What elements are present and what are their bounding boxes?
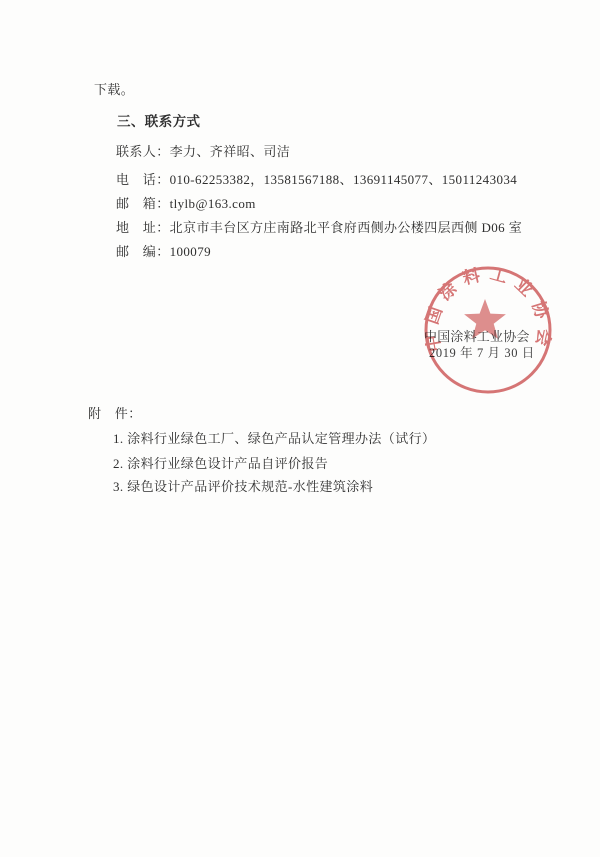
attachment-item: 2. 涂料行业绿色设计产品自评价报告 <box>113 456 328 471</box>
seal-star-icon <box>464 299 506 339</box>
contact-label: 邮 箱： <box>116 196 170 211</box>
contact-line-email: 邮 箱：tlylb@163.com <box>116 196 256 211</box>
attachment-item: 1. 涂料行业绿色工厂、绿色产品认定管理办法（试行） <box>113 431 435 446</box>
section-heading-contact: 三、联系方式 <box>117 114 200 129</box>
contact-line-person: 联系人：李力、齐祥昭、司洁 <box>116 144 290 159</box>
contact-value: 北京市丰台区方庄南路北平食府西侧办公楼四层西侧 D06 室 <box>170 220 523 235</box>
official-seal: 中国涂料工业协会 <box>403 245 573 415</box>
attachments-label: 附 件： <box>88 406 142 421</box>
contact-value: 100079 <box>170 244 211 259</box>
contact-value: 李力、齐祥昭、司洁 <box>170 144 291 159</box>
paragraph-download-tail: 下载。 <box>94 82 134 97</box>
contact-value: 010-62253382，13581567188、13691145077、150… <box>170 172 518 187</box>
contact-label: 邮 编： <box>116 244 170 259</box>
contact-line-phone: 电 话：010-62253382，13581567188、13691145077… <box>116 172 517 187</box>
contact-line-address: 地 址：北京市丰台区方庄南路北平食府西侧办公楼四层西侧 D06 室 <box>116 220 522 235</box>
contact-label: 电 话： <box>116 172 170 187</box>
contact-line-postcode: 邮 编：100079 <box>116 244 211 259</box>
document-page: 下载。 三、联系方式 联系人：李力、齐祥昭、司洁 电 话：010-6225338… <box>0 0 600 857</box>
attachment-item: 3. 绿色设计产品评价技术规范-水性建筑涂料 <box>113 479 373 494</box>
contact-value: tlylb@163.com <box>170 196 256 211</box>
contact-label: 联系人： <box>116 144 170 159</box>
contact-label: 地 址： <box>116 220 170 235</box>
